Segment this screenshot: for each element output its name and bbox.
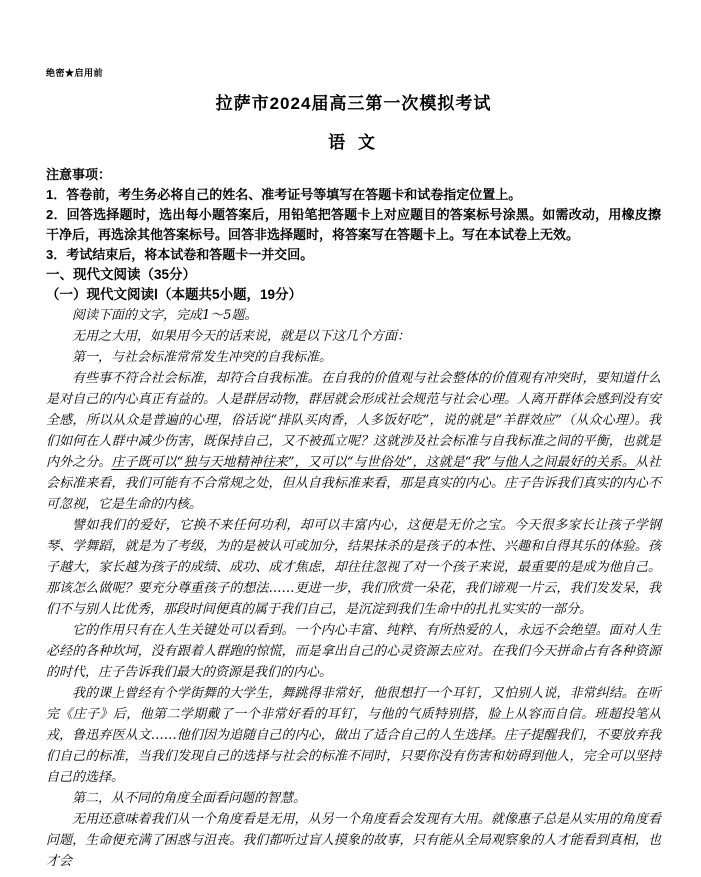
passage-paragraph-8: 无用还意味着我们从一个角度看是无用，从另一个角度看会发现有大用。就像惠子总是从实…: [46, 809, 661, 872]
subsection-heading: （一）现代文阅读Ⅰ（本题共5小题，19分）: [46, 285, 661, 305]
passage-paragraph-2: 第一，与社会标准常常发生冲突的自我标准。: [46, 347, 661, 368]
reading-passage: 无用之大用，如果用今天的话来说，就是以下这几个方面： 第一，与社会标准常常发生冲…: [46, 326, 661, 872]
notice-item-3: 3．考试结束后，将本试卷和答题卡一并交回。: [46, 245, 661, 265]
passage-paragraph-4: 譬如我们的爱好，它换不来任何功利，却可以丰富内心，这便是无价之宝。今天很多家长让…: [46, 515, 661, 620]
exam-paper-page: 绝密★启用前 拉萨市2024届高三第一次模拟考试 语 文 注意事项： 1．答卷前…: [0, 0, 701, 877]
exam-title: 拉萨市2024届高三第一次模拟考试: [46, 89, 661, 114]
paragraph-3-underlined-sentence: 庄子既可以“独与天地精神往来”，又可以“与世俗处”，这就是“我”与他人之间最好的…: [111, 455, 635, 470]
subject-title: 语 文: [46, 128, 661, 153]
passage-paragraph-5: 它的作用只有在人生关键处可以看到。一个内心丰富、纯粹、有所热爱的人，永远不会绝望…: [46, 620, 661, 683]
passage-paragraph-7: 第二，从不同的角度全面看问题的智慧。: [46, 788, 661, 809]
section-heading: 一、现代文阅读（35分）: [46, 265, 661, 285]
notice-item-1: 1．答卷前，考生务必将自己的姓名、准考证号等填写在答题卡和试卷指定位置上。: [46, 185, 661, 205]
classification-label: 绝密★启用前: [46, 66, 661, 79]
notice-block: 注意事项： 1．答卷前，考生务必将自己的姓名、准考证号等填写在答题卡和试卷指定位…: [46, 165, 661, 265]
notice-heading: 注意事项：: [46, 165, 661, 185]
passage-paragraph-3: 有些事不符合社会标准，却符合自我标准。在自我的价值观与社会整体的价值观有冲突时，…: [46, 368, 661, 515]
notice-item-2: 2．回答选择题时，选出每小题答案后，用铅笔把答题卡上对应题目的答案标号涂黑。如需…: [46, 205, 661, 245]
reading-instruction: 阅读下面的文字，完成1～5题。: [46, 305, 661, 326]
passage-paragraph-1: 无用之大用，如果用今天的话来说，就是以下这几个方面：: [46, 326, 661, 347]
passage-paragraph-6: 我的课上曾经有个学街舞的大学生，舞跳得非常好，他很想打一个耳钉，又怕别人说，非常…: [46, 683, 661, 788]
